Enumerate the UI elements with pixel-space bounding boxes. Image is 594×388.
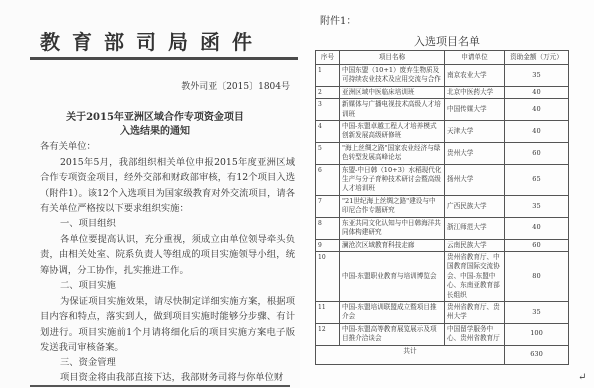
document-number: 教外司亚〔2015〕1804号 (181, 79, 290, 92)
applicant-unit: 中国传媒大学 (445, 99, 505, 121)
table-row: 4 中国-东盟卓越工程人才培养模式创新发展高级研修班 天津大学 40 (316, 121, 569, 143)
project-name: 东亚共同文化认知与中日韩海洋共同体构建研究 (340, 217, 445, 239)
paragraph-funding: 项目资金将由我部直接下达，我部财务司将与你单位财 (40, 370, 295, 385)
table-row: 2 亚洲区域中医临床培训班 北京中医药大学 40 (316, 86, 569, 98)
table-row: 1 中国东盟（10+1）废弃生物质及可持续农业技术及应用交流与合作 南京农业大学… (316, 65, 569, 87)
column-header-project-name: 项目名称 (340, 51, 445, 65)
row-number: 2 (316, 86, 340, 98)
row-number: 11 (316, 301, 340, 323)
section-heading-implementation: 二、项目实施 (60, 278, 315, 293)
project-name: 东盟-中日韩（10+3）水稻现代化生产与分子育种技术研讨会暨高级人才培训班 (340, 164, 445, 195)
paragraph-return-icon: ↵ (578, 372, 586, 383)
funding-amount: 65 (505, 164, 569, 195)
funding-amount: 100 (505, 323, 569, 345)
salutation: 各有关单位： (40, 139, 295, 154)
row-number: 3 (316, 99, 340, 121)
bottom-rule-divider (30, 385, 290, 387)
table-row: 3 新媒体与广播电视技术高级人才培训班 中国传媒大学 40 (316, 99, 569, 121)
row-number: 7 (316, 195, 340, 217)
table-row: 8 东亚共同文化认知与中日韩海洋共同体构建研究 浙江师范大学 40 (316, 217, 569, 239)
attachment-label: 附件1： (320, 12, 356, 27)
project-name: 亚洲区域中医临床培训班 (340, 86, 445, 98)
funding-amount: 40 (505, 217, 569, 239)
table-row: 12 中国-东盟高等教育展览展示及项目推介洽谈会 中国留学服务中心、贵州省教育厅… (316, 323, 569, 345)
letter-header-title: 教育部司局函件 (40, 26, 290, 55)
project-name: "21世纪海上丝绸之路"建设与中印尼合作专题研究 (340, 195, 445, 217)
header-rule-divider (30, 57, 298, 60)
paragraph-organization: 各单位要提高认识，充分重视，须成立由单位领导牵头负责，由相关处室、院系负责人等组… (40, 232, 295, 278)
column-header-amount: 资助金额（万元） (505, 51, 569, 65)
applicant-unit: 广西民族大学 (445, 195, 505, 217)
applicant-unit: 扬州大学 (445, 164, 505, 195)
project-name: 新媒体与广播电视技术高级人才培训班 (340, 99, 445, 121)
funding-amount: 80 (505, 251, 569, 301)
project-name: 中国东盟（10+1）废弃生物质及可持续农业技术及应用交流与合作 (340, 65, 445, 87)
row-number: 9 (316, 239, 340, 251)
funding-amount: 35 (505, 195, 569, 217)
table-row: 11 中国-东盟培训联盟成立暨项目推介会 贵州省教育厅、贵州大学 35 (316, 301, 569, 323)
project-name: 澜沧次区域教育科技走廊 (340, 239, 445, 251)
total-row: 共计 630 (316, 345, 569, 364)
row-number: 12 (316, 323, 340, 345)
attachment-page: 附件1： 入选项目名单 序号 项目名称 申请单位 资助金额（万元） 1 中国东盟… (300, 0, 594, 388)
column-header-number: 序号 (316, 51, 340, 65)
column-header-applicant: 申请单位 (445, 51, 505, 65)
table-row: 9 澜沧次区域教育科技走廊 云南民族大学 60 (316, 239, 569, 251)
table-row: 5 "海上丝绸之路"国家农业经济与绿色转型发展高峰论坛 贵州大学 60 (316, 142, 569, 164)
applicant-unit: 贵州省教育厅、贵州大学 (445, 301, 505, 323)
row-number: 4 (316, 121, 340, 143)
funding-amount: 35 (505, 65, 569, 87)
project-table: 序号 项目名称 申请单位 资助金额（万元） 1 中国东盟（10+1）废弃生物质及… (315, 50, 569, 365)
table-row: 6 东盟-中日韩（10+3）水稻现代化生产与分子育种技术研讨会暨高级人才培训班 … (316, 164, 569, 195)
project-name: 中国-东盟职业教育与培训博览会 (340, 251, 445, 301)
table-row: 10 中国-东盟职业教育与培训博览会 贵州省教育厅、中国教育国际交流协会、中国-… (316, 251, 569, 301)
project-name: 中国-东盟培训联盟成立暨项目推介会 (340, 301, 445, 323)
project-name: "海上丝绸之路"国家农业经济与绿色转型发展高峰论坛 (340, 142, 445, 164)
applicant-unit: 天津大学 (445, 121, 505, 143)
funding-amount: 60 (505, 239, 569, 251)
paragraph-intro: 2015年5月，我部组织相关单位申报2015年度亚洲区域合作专项资金项目，经外交… (40, 155, 295, 216)
notice-title-line-2: 入选结果的通知 (20, 122, 290, 137)
funding-amount: 60 (505, 142, 569, 164)
section-heading-funding: 三、资金管理 (60, 355, 315, 370)
row-number: 5 (316, 142, 340, 164)
funding-amount: 40 (505, 121, 569, 143)
project-list-title: 入选项目名单 (300, 33, 594, 49)
row-number: 6 (316, 164, 340, 195)
applicant-unit: 南京农业大学 (445, 65, 505, 87)
row-number: 1 (316, 65, 340, 87)
total-label: 共计 (316, 345, 505, 364)
table-row: 7 "21世纪海上丝绸之路"建设与中印尼合作专题研究 广西民族大学 35 (316, 195, 569, 217)
funding-amount: 40 (505, 99, 569, 121)
paragraph-implementation: 为保证项目实施效果，请尽快制定详细实施方案，根据项目内容和特点，落实到人，做到项… (40, 294, 295, 355)
row-number: 8 (316, 217, 340, 239)
total-amount: 630 (505, 345, 569, 364)
notice-title-line-1: 关于2015年亚洲区域合作专项资金项目 (20, 108, 290, 123)
row-number: 10 (316, 251, 340, 301)
section-heading-organization: 一、项目组织 (60, 216, 315, 231)
applicant-unit: 浙江师范大学 (445, 217, 505, 239)
letter-page: 教育部司局函件 教外司亚〔2015〕1804号 关于2015年亚洲区域合作专项资… (0, 0, 300, 388)
project-name: 中国-东盟高等教育展览展示及项目推介洽谈会 (340, 323, 445, 345)
applicant-unit: 云南民族大学 (445, 239, 505, 251)
funding-amount: 35 (505, 301, 569, 323)
applicant-unit: 中国留学服务中心、贵州省教育厅 (445, 323, 505, 345)
applicant-unit: 贵州大学 (445, 142, 505, 164)
table-header-row: 序号 项目名称 申请单位 资助金额（万元） (316, 51, 569, 65)
applicant-unit: 北京中医药大学 (445, 86, 505, 98)
funding-amount: 40 (505, 86, 569, 98)
applicant-unit: 贵州省教育厅、中国教育国际交流协会、中国-东盟中心、东南亚教育部长组织 (445, 251, 505, 301)
project-name: 中国-东盟卓越工程人才培养模式创新发展高级研修班 (340, 121, 445, 143)
